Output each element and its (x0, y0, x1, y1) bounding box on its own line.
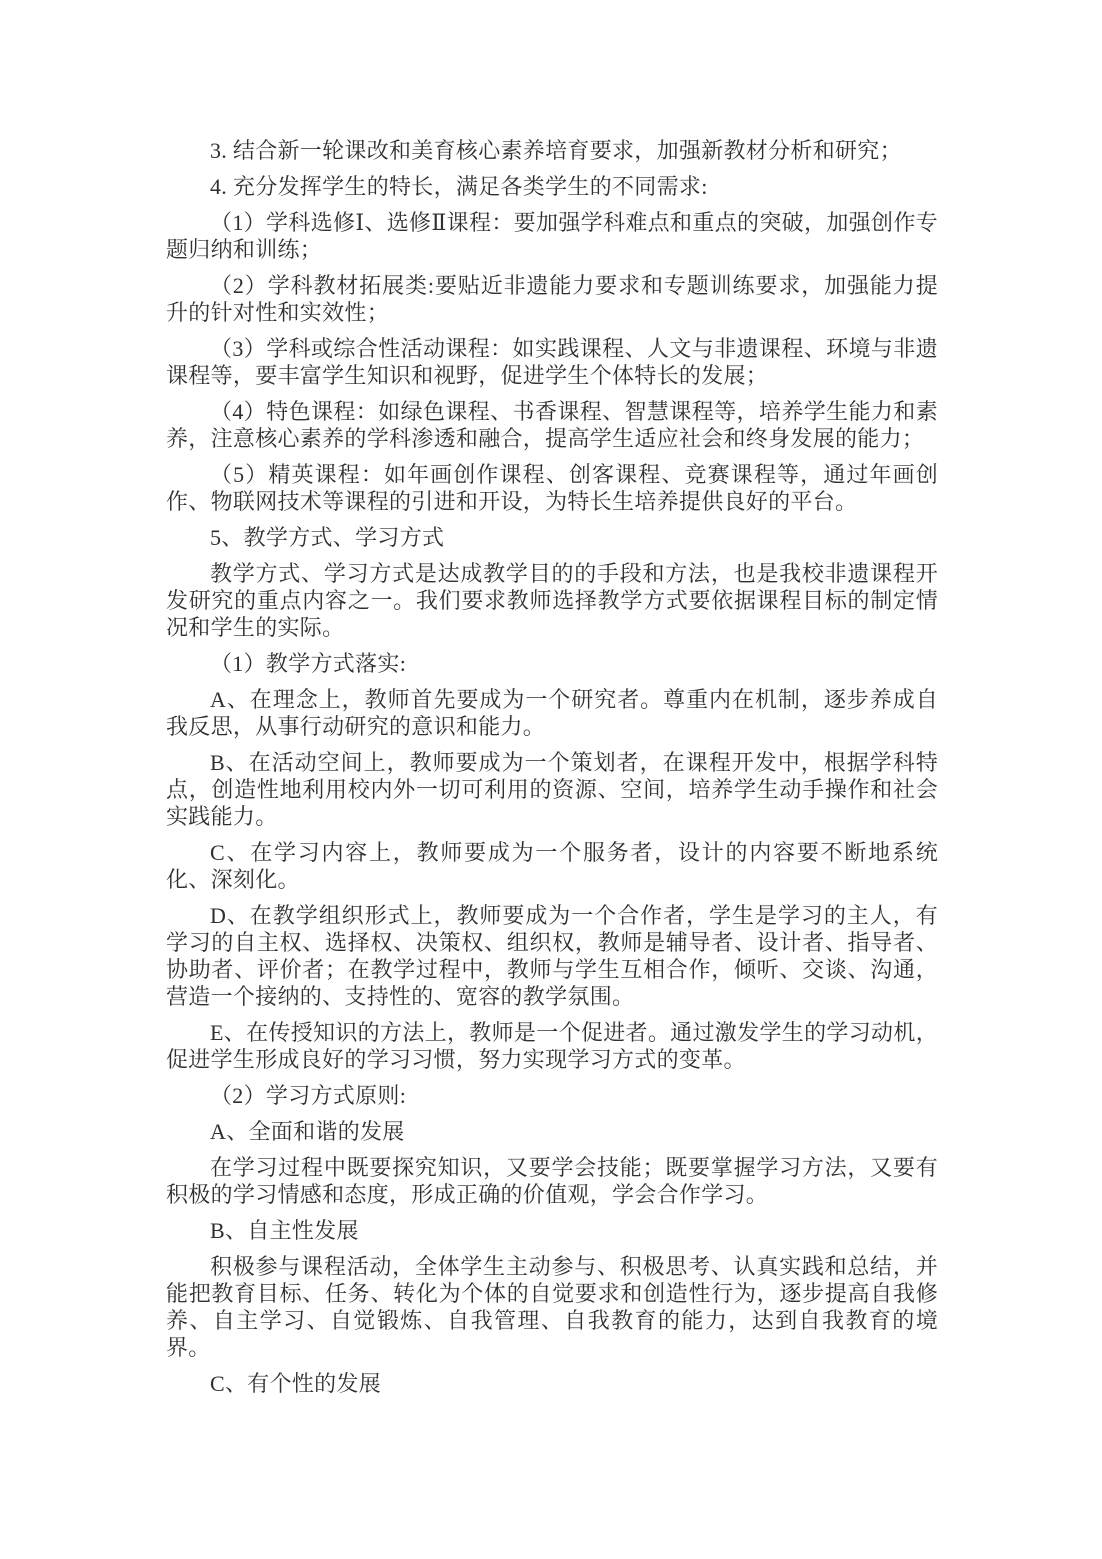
paragraph: （2）学习方式原则: (166, 1082, 938, 1109)
paragraph: （2）学科教材拓展类:要贴近非遗能力要求和专题训练要求，加强能力提升的针对性和实… (166, 272, 938, 326)
paragraph: B、自主性发展 (166, 1217, 938, 1244)
document-page: 3. 结合新一轮课改和美育核心素养培育要求，加强新教材分析和研究；4. 充分发挥… (0, 0, 1102, 1559)
paragraph: （1）学科选修Ⅰ、选修Ⅱ课程：要加强学科难点和重点的突破，加强创作专题归纳和训练… (166, 209, 938, 263)
paragraph: （5）精英课程：如年画创作课程、创客课程、竞赛课程等，通过年画创作、物联网技术等… (166, 461, 938, 515)
paragraph: D、在教学组织形式上，教师要成为一个合作者，学生是学习的主人，有学习的自主权、选… (166, 902, 938, 1010)
document-body: 3. 结合新一轮课改和美育核心素养培育要求，加强新教材分析和研究；4. 充分发挥… (166, 137, 938, 1406)
paragraph: 3. 结合新一轮课改和美育核心素养培育要求，加强新教材分析和研究； (166, 137, 938, 164)
paragraph: 在学习过程中既要探究知识，又要学会技能；既要掌握学习方法，又要有积极的学习情感和… (166, 1154, 938, 1208)
paragraph: A、在理念上，教师首先要成为一个研究者。尊重内在机制，逐步养成自我反思，从事行动… (166, 686, 938, 740)
paragraph: 5、教学方式、学习方式 (166, 524, 938, 551)
paragraph: E、在传授知识的方法上，教师是一个促进者。通过激发学生的学习动机，促进学生形成良… (166, 1019, 938, 1073)
paragraph: 积极参与课程活动，全体学生主动参与、积极思考、认真实践和总结，并能把教育目标、任… (166, 1253, 938, 1361)
paragraph: B、在活动空间上，教师要成为一个策划者，在课程开发中，根据学科特点，创造性地利用… (166, 749, 938, 830)
paragraph: （3）学科或综合性活动课程：如实践课程、人文与非遗课程、环境与非遗课程等，要丰富… (166, 335, 938, 389)
paragraph: C、有个性的发展 (166, 1370, 938, 1397)
paragraph: A、全面和谐的发展 (166, 1118, 938, 1145)
paragraph: （1）教学方式落实: (166, 650, 938, 677)
paragraph: 4. 充分发挥学生的特长，满足各类学生的不同需求: (166, 173, 938, 200)
paragraph: 教学方式、学习方式是达成教学目的的手段和方法，也是我校非遗课程开发研究的重点内容… (166, 560, 938, 641)
paragraph: C、在学习内容上，教师要成为一个服务者，设计的内容要不断地系统化、深刻化。 (166, 839, 938, 893)
paragraph: （4）特色课程：如绿色课程、书香课程、智慧课程等，培养学生能力和素养，注意核心素… (166, 398, 938, 452)
